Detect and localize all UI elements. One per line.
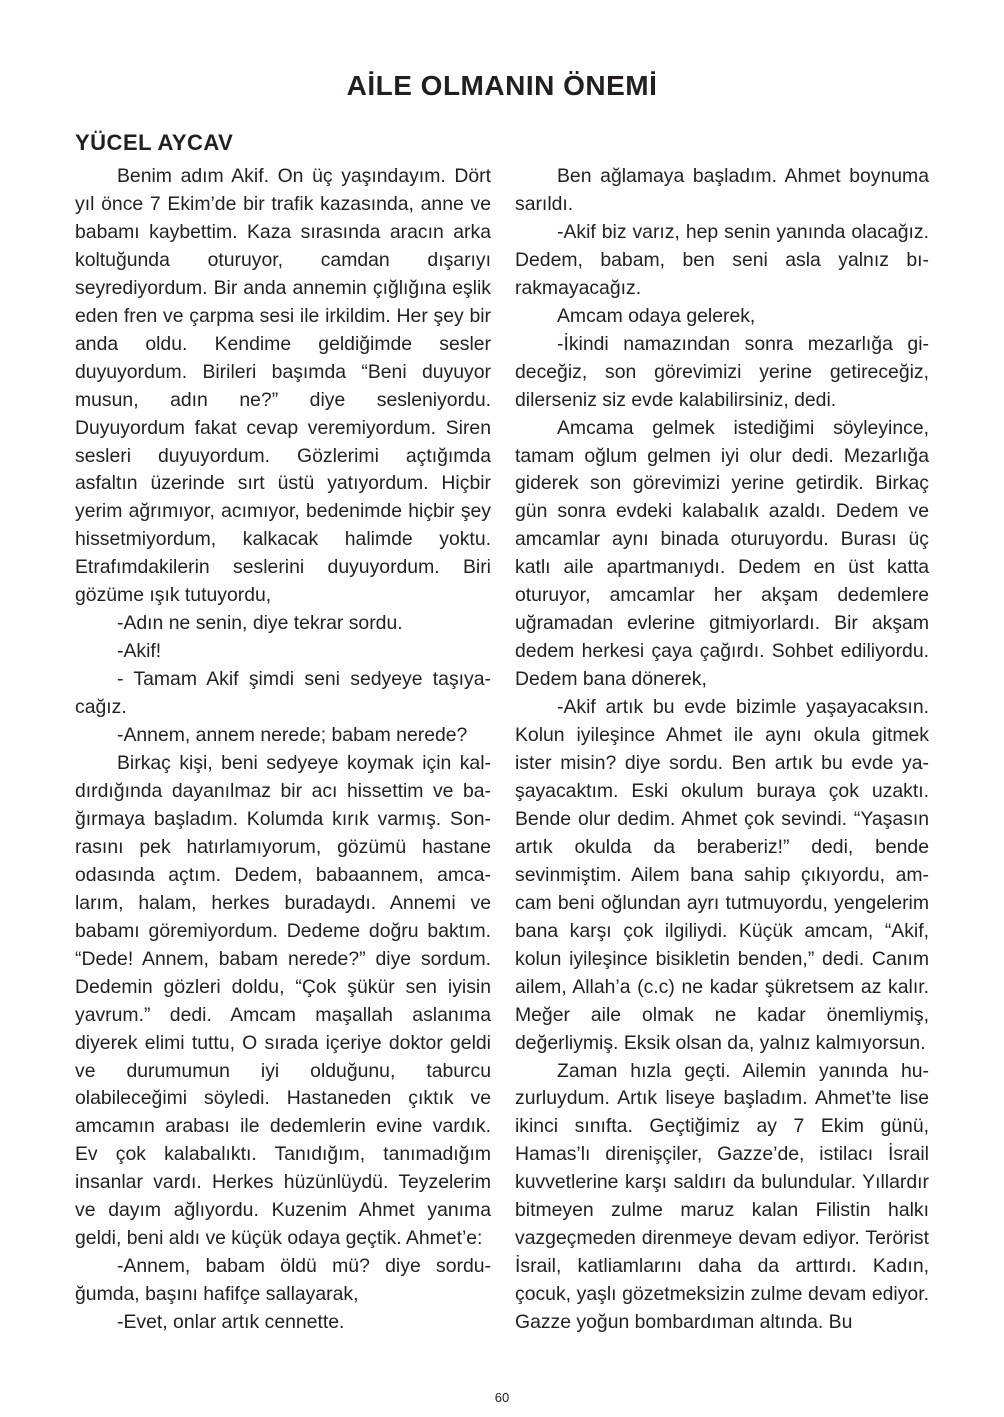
paragraph: -İkindi namazından sonra mezarlığa gi­de… xyxy=(515,331,929,415)
paragraph: -Adın ne senin, diye tekrar sordu. xyxy=(75,610,491,638)
paragraph: Ben ağlamaya başladım. Ahmet boynu­ma sa… xyxy=(515,163,929,219)
paragraph: - Tamam Akif şimdi seni sedyeye taşıya­c… xyxy=(75,666,491,722)
article-title: AİLE OLMANIN ÖNEMİ xyxy=(0,70,1004,102)
right-column: Ben ağlamaya başladım. Ahmet boynu­ma sa… xyxy=(515,163,929,1337)
paragraph: -Evet, onlar artık cennette. xyxy=(75,1309,491,1337)
paragraph: -Akif! xyxy=(75,638,491,666)
paragraph: -Annem, annem nerede; babam nerede? xyxy=(75,722,491,750)
paragraph: Amcama gelmek istediğimi söyleyince, tam… xyxy=(515,415,929,695)
paragraph: Zaman hızla geçti. Ailemin yanında hu­zu… xyxy=(515,1058,929,1338)
paragraph: -Akif biz varız, hep senin yanında olaca… xyxy=(515,219,929,303)
paragraph: Amcam odaya gelerek, xyxy=(515,303,929,331)
page-number: 60 xyxy=(0,1390,1004,1405)
paragraph: Benim adım Akif. On üç yaşındayım. Dört … xyxy=(75,163,491,610)
author-name: YÜCEL AYCAV xyxy=(75,130,233,156)
paragraph: -Akif artık bu evde bizimle yaşayacaksın… xyxy=(515,694,929,1057)
left-column: Benim adım Akif. On üç yaşındayım. Dört … xyxy=(75,163,491,1337)
paragraph: -Annem, babam öldü mü? diye sordu­ğumda,… xyxy=(75,1253,491,1309)
paragraph: Birkaç kişi, beni sedyeye koymak için ka… xyxy=(75,750,491,1253)
